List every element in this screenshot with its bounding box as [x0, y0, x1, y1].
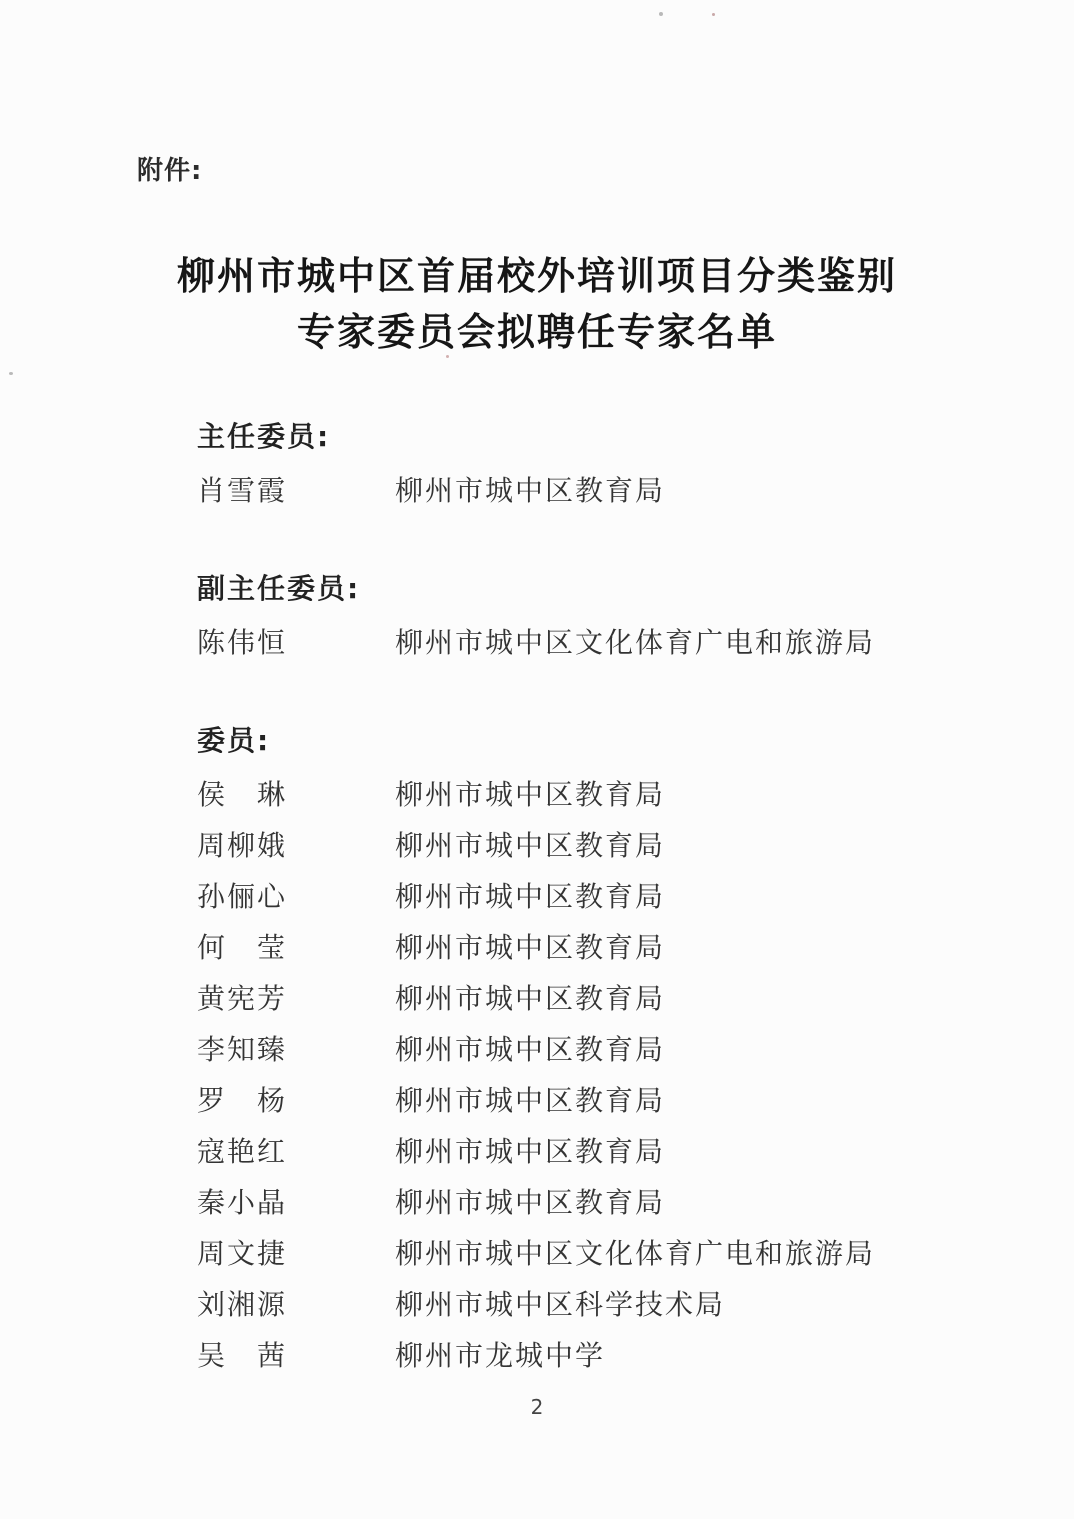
member-row: 秦小晶柳州市城中区教育局 [197, 1185, 994, 1236]
member-organization: 柳州市城中区教育局 [395, 931, 665, 964]
member-name: 李知臻 [197, 1032, 395, 1068]
member-row: 黄宪芳柳州市城中区教育局 [197, 981, 994, 1032]
document-title-line2: 专家委员会拟聘任专家名单 [297, 310, 777, 354]
section-heading: 副主任委员: [197, 570, 994, 607]
member-name: 罗 杨 [197, 1083, 395, 1119]
member-organization: 柳州市城中区教育局 [395, 1033, 665, 1066]
sections: 主任委员:肖雪霞柳州市城中区教育局副主任委员:陈伟恒柳州市城中区文化体育广电和旅… [197, 418, 994, 1435]
member-name: 周柳娥 [197, 828, 395, 864]
section-heading: 主任委员: [197, 418, 994, 455]
member-organization: 柳州市龙城中学 [395, 1339, 605, 1372]
page-number: 2 [0, 1395, 1074, 1419]
document-page: 附件: 柳州市城中区首届校外培训项目分类鉴别 专家委员会拟聘任专家名单 主任委员… [0, 0, 1074, 1519]
member-row: 吴 茜柳州市龙城中学 [197, 1338, 994, 1389]
attachment-label: 附件: [137, 150, 202, 187]
member-organization: 柳州市城中区教育局 [395, 982, 665, 1015]
scan-speck [712, 13, 715, 16]
section-heading: 委员: [197, 722, 994, 759]
member-organization: 柳州市城中区教育局 [395, 829, 665, 862]
member-organization: 柳州市城中区教育局 [395, 1135, 665, 1168]
document-title: 柳州市城中区首届校外培训项目分类鉴别 专家委员会拟聘任专家名单 [0, 248, 1074, 360]
member-name: 肖雪霞 [197, 473, 395, 509]
member-organization: 柳州市城中区教育局 [395, 778, 665, 811]
document-title-line1: 柳州市城中区首届校外培训项目分类鉴别 [177, 254, 897, 298]
member-organization: 柳州市城中区教育局 [395, 1084, 665, 1117]
scan-speck [659, 12, 663, 16]
member-row: 何 莹柳州市城中区教育局 [197, 930, 994, 981]
member-name: 侯 琳 [197, 777, 395, 813]
member-row: 周柳娥柳州市城中区教育局 [197, 828, 994, 879]
member-row: 侯 琳柳州市城中区教育局 [197, 777, 994, 828]
member-organization: 柳州市城中区教育局 [395, 474, 665, 507]
member-name: 孙俪心 [197, 879, 395, 915]
member-name: 陈伟恒 [197, 625, 395, 661]
member-row: 周文捷柳州市城中区文化体育广电和旅游局 [197, 1236, 994, 1287]
member-row: 肖雪霞柳州市城中区教育局 [197, 473, 994, 524]
member-name: 周文捷 [197, 1236, 395, 1272]
committee-section: 主任委员:肖雪霞柳州市城中区教育局 [197, 418, 994, 524]
member-row: 罗 杨柳州市城中区教育局 [197, 1083, 994, 1134]
member-organization: 柳州市城中区文化体育广电和旅游局 [395, 1237, 875, 1270]
member-row: 刘湘源柳州市城中区科学技术局 [197, 1287, 994, 1338]
member-name: 何 莹 [197, 930, 395, 966]
member-row: 李知臻柳州市城中区教育局 [197, 1032, 994, 1083]
member-organization: 柳州市城中区教育局 [395, 1186, 665, 1219]
member-row: 寇艳红柳州市城中区教育局 [197, 1134, 994, 1185]
committee-section: 委员:侯 琳柳州市城中区教育局周柳娥柳州市城中区教育局孙俪心柳州市城中区教育局何… [197, 722, 994, 1389]
member-name: 刘湘源 [197, 1287, 395, 1323]
member-organization: 柳州市城中区教育局 [395, 880, 665, 913]
member-name: 秦小晶 [197, 1185, 395, 1221]
member-organization: 柳州市城中区科学技术局 [395, 1288, 725, 1321]
member-name: 黄宪芳 [197, 981, 395, 1017]
scan-speck [9, 372, 13, 375]
member-row: 陈伟恒柳州市城中区文化体育广电和旅游局 [197, 625, 994, 676]
member-name: 吴 茜 [197, 1338, 395, 1374]
member-row: 孙俪心柳州市城中区教育局 [197, 879, 994, 930]
member-name: 寇艳红 [197, 1134, 395, 1170]
member-organization: 柳州市城中区文化体育广电和旅游局 [395, 626, 875, 659]
committee-section: 副主任委员:陈伟恒柳州市城中区文化体育广电和旅游局 [197, 570, 994, 676]
